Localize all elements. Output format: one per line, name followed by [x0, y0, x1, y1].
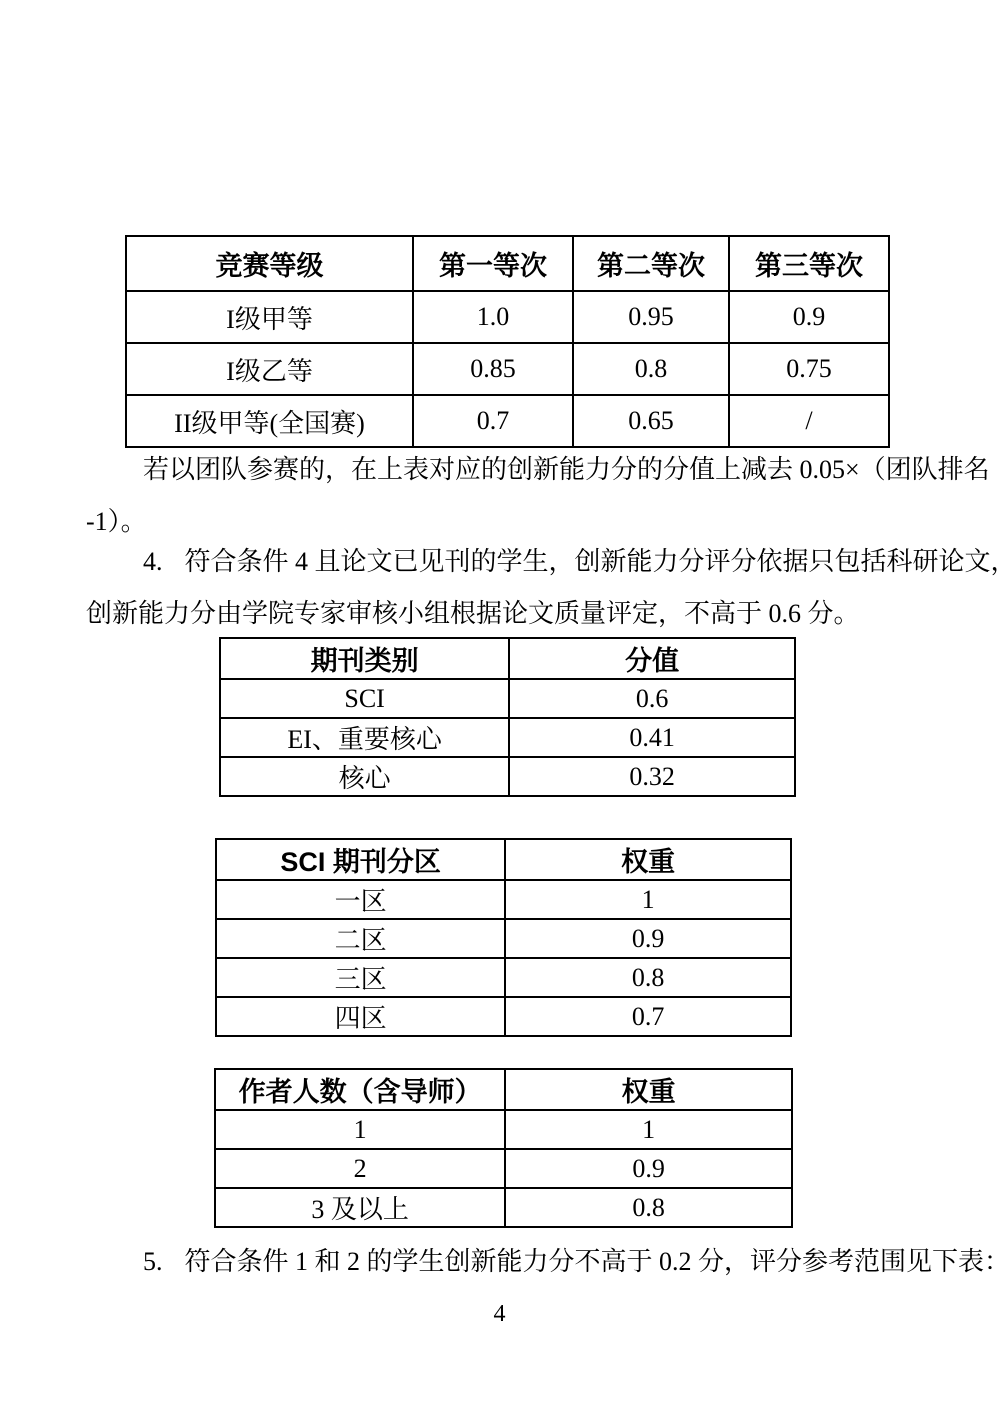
table-row: 1 1: [215, 1110, 792, 1149]
cell-weight: 0.9: [505, 1149, 792, 1188]
header-third-tier: 第三等次: [729, 236, 889, 291]
cell-score: 0.65: [573, 395, 729, 447]
paragraph-team-note: 若以团队参赛的，在上表对应的创新能力分的分值上减去 0.05×（团队排名 -1）…: [86, 444, 990, 548]
table-row: 三区 0.8: [216, 958, 791, 997]
author-count-table: 作者人数（含导师） 权重 1 1 2 0.9 3 及以上 0.8: [214, 1068, 793, 1228]
table-header-row: 竞赛等级 第一等次 第二等次 第三等次: [126, 236, 889, 291]
header-weight: 权重: [505, 839, 791, 880]
cell-score: 1.0: [413, 291, 573, 343]
cell-score: 0.75: [729, 343, 889, 395]
table-header-row: SCI 期刊分区 权重: [216, 839, 791, 880]
table-row: 四区 0.7: [216, 997, 791, 1036]
sci-zone-table: SCI 期刊分区 权重 一区 1 二区 0.9 三区 0.8 四区 0.7: [215, 838, 792, 1037]
cell-count: 2: [215, 1149, 505, 1188]
paragraph-line: 创新能力分由学院专家审核小组根据论文质量评定，不高于 0.6 分。: [86, 588, 999, 640]
table-row: II级甲等(全国赛) 0.7 0.65 /: [126, 395, 889, 447]
header-competition-grade: 竞赛等级: [126, 236, 413, 291]
table-row: 核心 0.32: [220, 757, 795, 796]
cell-value: 0.6: [509, 679, 795, 718]
list-number: 5.: [143, 1236, 163, 1288]
header-second-tier: 第二等次: [573, 236, 729, 291]
table-row: 3 及以上 0.8: [215, 1188, 792, 1227]
table-row: EI、重要核心 0.41: [220, 718, 795, 757]
header-weight: 权重: [505, 1069, 792, 1110]
cell-weight: 0.8: [505, 958, 791, 997]
table-header-row: 期刊类别 分值: [220, 638, 795, 679]
cell-count: 1: [215, 1110, 505, 1149]
cell-zone: 二区: [216, 919, 505, 958]
table-row: I级乙等 0.85 0.8 0.75: [126, 343, 889, 395]
cell-zone: 三区: [216, 958, 505, 997]
cell-zone: 四区: [216, 997, 505, 1036]
header-first-tier: 第一等次: [413, 236, 573, 291]
cell-weight: 1: [505, 1110, 792, 1149]
table-row: 二区 0.9: [216, 919, 791, 958]
cell-value: 0.32: [509, 757, 795, 796]
journal-category-table: 期刊类别 分值 SCI 0.6 EI、重要核心 0.41 核心 0.32: [219, 637, 796, 797]
header-journal-category: 期刊类别: [220, 638, 509, 679]
paragraph-line: 5.符合条件 1 和 2 的学生创新能力分不高于 0.2 分，评分参考范围见下表…: [86, 1236, 999, 1288]
cell-score: 0.95: [573, 291, 729, 343]
cell-grade: I级甲等: [126, 291, 413, 343]
paragraph-text: 符合条件 1 和 2 的学生创新能力分不高于 0.2 分，评分参考范围见下表：: [185, 1247, 999, 1276]
list-number: 4.: [143, 536, 163, 588]
cell-grade: I级乙等: [126, 343, 413, 395]
paragraph-text: 符合条件 4 且论文已见刊的学生，创新能力分评分依据只包括科研论文，: [185, 547, 999, 576]
cell-weight: 1: [505, 880, 791, 919]
cell-score: /: [729, 395, 889, 447]
table-row: 2 0.9: [215, 1149, 792, 1188]
paragraph-item-5: 5.符合条件 1 和 2 的学生创新能力分不高于 0.2 分，评分参考范围见下表…: [86, 1236, 999, 1288]
cell-score: 0.7: [413, 395, 573, 447]
cell-value: 0.41: [509, 718, 795, 757]
header-score-value: 分值: [509, 638, 795, 679]
cell-category: SCI: [220, 679, 509, 718]
header-author-count: 作者人数（含导师）: [215, 1069, 505, 1110]
table-header-row: 作者人数（含导师） 权重: [215, 1069, 792, 1110]
paragraph-line: 若以团队参赛的，在上表对应的创新能力分的分值上减去 0.05×（团队排名: [86, 444, 990, 496]
cell-weight: 0.9: [505, 919, 791, 958]
cell-weight: 0.8: [505, 1188, 792, 1227]
page-number: 4: [0, 1300, 999, 1328]
cell-score: 0.85: [413, 343, 573, 395]
header-sci-zone: SCI 期刊分区: [216, 839, 505, 880]
table-row: I级甲等 1.0 0.95 0.9: [126, 291, 889, 343]
cell-count: 3 及以上: [215, 1188, 505, 1227]
cell-grade: II级甲等(全国赛): [126, 395, 413, 447]
competition-grade-table: 竞赛等级 第一等次 第二等次 第三等次 I级甲等 1.0 0.95 0.9 I级…: [125, 235, 890, 448]
table-row: 一区 1: [216, 880, 791, 919]
paragraph-line: 4.符合条件 4 且论文已见刊的学生，创新能力分评分依据只包括科研论文，: [86, 536, 999, 588]
cell-zone: 一区: [216, 880, 505, 919]
cell-category: EI、重要核心: [220, 718, 509, 757]
cell-score: 0.8: [573, 343, 729, 395]
cell-category: 核心: [220, 757, 509, 796]
paragraph-item-4: 4.符合条件 4 且论文已见刊的学生，创新能力分评分依据只包括科研论文， 创新能…: [86, 536, 999, 640]
cell-weight: 0.7: [505, 997, 791, 1036]
document-page: 竞赛等级 第一等次 第二等次 第三等次 I级甲等 1.0 0.95 0.9 I级…: [0, 0, 999, 1413]
table-row: SCI 0.6: [220, 679, 795, 718]
cell-score: 0.9: [729, 291, 889, 343]
